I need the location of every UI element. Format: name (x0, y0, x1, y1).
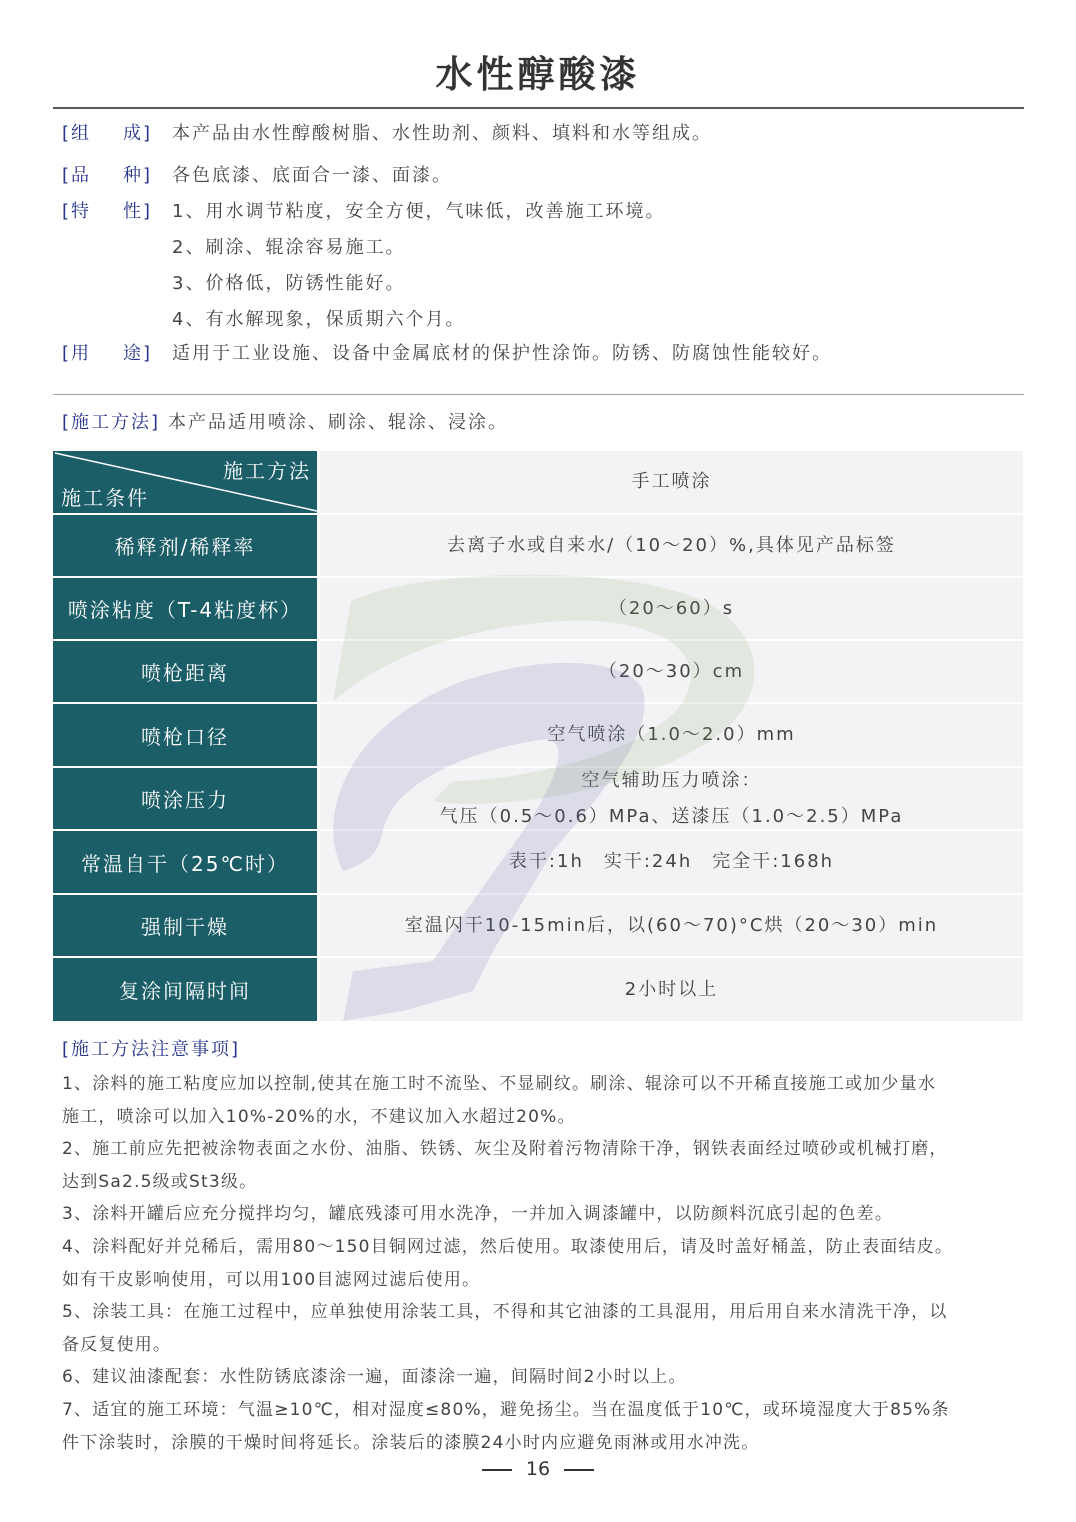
row-value-text: 室温闪干10-15min后，以(60～70)°C烘（20～30）min (405, 908, 938, 944)
table-corner-cell: 施工方法 施工条件 (53, 451, 317, 513)
page-number-text: 16 (526, 1458, 550, 1480)
row-value: 2小时以上 (320, 958, 1023, 1021)
row-value: 去离子水或自来水/（10～20）%,具体见产品标签 (320, 515, 1023, 576)
note-line: 6、建议油漆配套：水性防锈底漆涂一遍，面漆涂一遍，间隔时间2小时以上。 (62, 1361, 1022, 1394)
spec-variety: [品种] 各色底漆、底面合一漆、面漆。 (62, 164, 1022, 188)
row-value: 表干:1h 实干:24h 完全干:168h (320, 831, 1023, 893)
corner-condition-label: 施工条件 (61, 482, 149, 511)
row-value-text: 空气喷涂（1.0～2.0）mm (547, 717, 795, 753)
spec-text: 4、有水解现象，保质期六个月。 (172, 308, 465, 332)
row-label: 稀释剂/稀释率 (53, 515, 317, 576)
row-label: 常温自干（25℃时） (53, 831, 317, 893)
table-row: 喷枪口径 空气喷涂（1.0～2.0）mm (53, 704, 1023, 766)
table-row: 常温自干（25℃时） 表干:1h 实干:24h 完全干:168h (53, 831, 1023, 893)
table-row: 喷涂压力 空气辅助压力喷涂： 气压（0.5～0.6）MPa、送漆压（1.0～2.… (53, 768, 1023, 829)
spec-text: 1、用水调节粘度，安全方便，气味低，改善施工环境。 (172, 200, 665, 224)
method-text: 本产品适用喷涂、刷涂、辊涂、浸涂。 (168, 412, 508, 433)
spec-text: 适用于工业设施、设备中金属底材的保护性涂饰。防锈、防腐蚀性能较好。 (172, 342, 832, 366)
notes-list: 1、涂料的施工粘度应加以控制,使其在施工时不流坠、不显刷纹。刷涂、辊涂可以不开稀… (62, 1068, 1022, 1459)
dash-right (564, 1469, 594, 1471)
row-label: 强制干燥 (53, 895, 317, 956)
row-value: （20～30）cm (320, 641, 1023, 702)
row-value-text: （20～30）cm (599, 654, 744, 690)
row-value: 空气辅助压力喷涂： 气压（0.5～0.6）MPa、送漆压（1.0～2.5）MPa (320, 768, 1023, 829)
spec-label: [组成] (62, 122, 170, 146)
row-value: 空气喷涂（1.0～2.0）mm (320, 704, 1023, 766)
note-line: 1、涂料的施工粘度应加以控制,使其在施工时不流坠、不显刷纹。刷涂、辊涂可以不开稀… (62, 1068, 1022, 1101)
table-row: 强制干燥 室温闪干10-15min后，以(60～70)°C烘（20～30）min (53, 895, 1023, 956)
table-row: 稀释剂/稀释率 去离子水或自来水/（10～20）%,具体见产品标签 (53, 515, 1023, 576)
table-row: 喷枪距离 （20～30）cm (53, 641, 1023, 702)
row-value-text: 表干:1h 实干:24h 完全干:168h (509, 844, 834, 880)
spec-usage: [用途] 适用于工业设施、设备中金属底材的保护性涂饰。防锈、防腐蚀性能较好。 (62, 342, 1022, 366)
method-line: [施工方法]本产品适用喷涂、刷涂、辊涂、浸涂。 (62, 408, 508, 434)
spec-label: [用途] (62, 342, 170, 366)
row-value-text: 去离子水或自来水/（10～20）%,具体见产品标签 (447, 528, 896, 564)
column-header-text: 手工喷涂 (632, 464, 712, 500)
note-line: 3、涂料开罐后应充分搅拌均匀，罐底残漆可用水洗净，一并加入调漆罐中，以防颜料沉底… (62, 1198, 1022, 1231)
page-title: 水性醇酸漆 (0, 44, 1076, 98)
note-line: 7、适宜的施工环境：气温≥10℃，相对湿度≤80%，避免扬尘。当在温度低于10℃… (62, 1394, 1022, 1427)
spec-text: 各色底漆、底面合一漆、面漆。 (172, 164, 452, 188)
spec-label: [特性] (62, 200, 170, 224)
spec-label: [品种] (62, 164, 170, 188)
note-line: 5、涂装工具：在施工过程中，应单独使用涂装工具，不得和其它油漆的工具混用，用后用… (62, 1296, 1022, 1329)
spec-composition: [组成] 本产品由水性醇酸树脂、水性助剂、颜料、填料和水等组成。 (62, 122, 1022, 146)
row-value-text: （20～60）s (609, 591, 734, 627)
row-label: 喷涂压力 (53, 768, 317, 829)
table-row: 复涂间隔时间 2小时以上 (53, 958, 1023, 1021)
notes-title: [施工方法注意事项] (62, 1035, 240, 1061)
page-number: 16 (0, 1458, 1076, 1480)
note-line: 如有干皮影响使用，可以用100目滤网过滤后使用。 (62, 1264, 1022, 1297)
table-header-row: 施工方法 施工条件 手工喷涂 (53, 451, 1023, 513)
row-label: 喷枪距离 (53, 641, 317, 702)
row-label: 喷枪口径 (53, 704, 317, 766)
corner-method-label: 施工方法 (223, 455, 311, 484)
row-label: 复涂间隔时间 (53, 958, 317, 1021)
spec-text: 3、价格低，防锈性能好。 (172, 272, 405, 296)
row-value-text: 2小时以上 (625, 972, 718, 1008)
method-label: [施工方法] (62, 412, 160, 433)
section-divider (53, 394, 1024, 395)
construction-table: 施工方法 施工条件 手工喷涂 稀释剂/稀释率 去离子水或自来水/（10～20）%… (53, 451, 1023, 1021)
note-line: 2、施工前应先把被涂物表面之水份、油脂、铁锈、灰尘及附着污物清除干净，钢铁表面经… (62, 1133, 1022, 1166)
note-line: 件下涂装时，涂膜的干燥时间将延长。涂装后的漆膜24小时内应避免雨淋或用水冲洗。 (62, 1427, 1022, 1460)
row-value-text: 气压（0.5～0.6）MPa、送漆压（1.0～2.5）MPa (440, 799, 904, 835)
spec-text: 2、刷涂、辊涂容易施工。 (172, 236, 405, 260)
spec-text: 本产品由水性醇酸树脂、水性助剂、颜料、填料和水等组成。 (172, 122, 712, 146)
row-label: 喷涂粘度（T-4粘度杯） (53, 578, 317, 639)
note-line: 达到Sa2.5级或St3级。 (62, 1166, 1022, 1199)
column-header: 手工喷涂 (320, 451, 1023, 513)
row-value: （20～60）s (320, 578, 1023, 639)
row-value-text: 空气辅助压力喷涂： (582, 763, 762, 799)
table-row: 喷涂粘度（T-4粘度杯） （20～60）s (53, 578, 1023, 639)
note-line: 4、涂料配好并兑稀后，需用80～150目铜网过滤，然后使用。取漆使用后，请及时盖… (62, 1231, 1022, 1264)
dash-left (482, 1469, 512, 1471)
spec-features: [特性] 1、用水调节粘度，安全方便，气味低，改善施工环境。 (62, 200, 1022, 224)
row-value: 室温闪干10-15min后，以(60～70)°C烘（20～30）min (320, 895, 1023, 956)
note-line: 备反复使用。 (62, 1329, 1022, 1362)
title-divider (53, 107, 1024, 109)
note-line: 施工，喷涂可以加入10%-20%的水，不建议加入水超过20%。 (62, 1101, 1022, 1134)
